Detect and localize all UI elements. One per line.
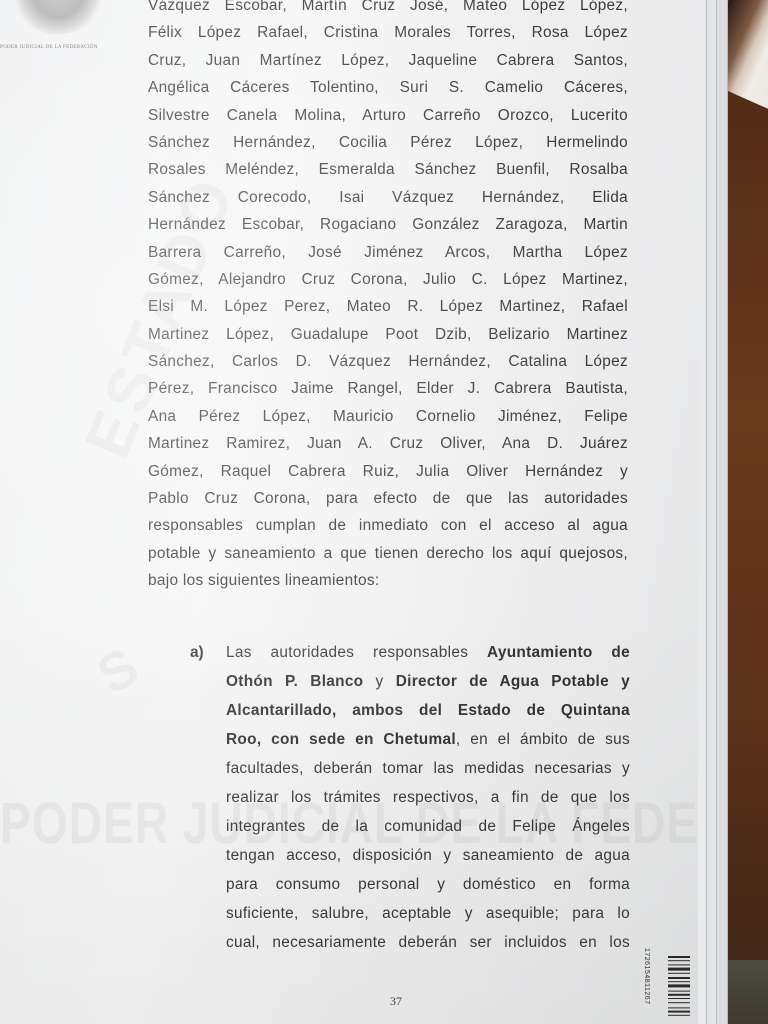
barcode-digits: 1726154811267 [643,948,650,1005]
text-line: Sánchez Corecodo, Isai Vázquez Hernández… [148,184,628,211]
booklet-text: nuno en la d [738,0,768,1]
bold-text: Alcantarillado, ambos del Estado de Quin… [226,702,630,719]
text-run: tengan acceso, disposición y saneamiento… [226,847,630,864]
barcode-icon [664,950,694,1024]
text-line: Roo, con sede en Chetumal, en el ámbito … [226,725,630,754]
bold-text: Roo, con sede en Chetumal [226,731,456,748]
page-number: 37 [390,994,402,1009]
bold-text: Othón P. Blanco [226,673,363,690]
seal-caption: PODER JUDICIAL DE LA FEDERACIÓN [0,45,120,50]
text-line: Félix López Rafael, Cristina Morales Tor… [148,19,628,46]
text-run: suficiente, salubre, aceptable y asequib… [226,905,630,922]
text-line: Othón P. Blanco y Director de Agua Potab… [226,667,630,696]
text-run: y [363,673,395,690]
text-line: Gómez, Alejandro Cruz Corona, Julio C. L… [148,266,628,293]
document-page: PODER JUDICIAL DE LA FEDERACIÓN ESTADO S… [0,0,698,1024]
watermark-s: S [87,635,149,707]
coat-of-arms-seal-icon [12,0,104,34]
text-line: bajo los siguientes lineamientos: [148,567,628,594]
text-line: cual, necesariamente deberán ser incluid… [226,928,630,957]
text-line: Ana Pérez López, Mauricio Cornelio Jimén… [148,403,628,430]
text-line: integrantes de la comunidad de Felipe Án… [226,812,630,841]
text-line: Hernández Escobar, Rogaciano González Za… [148,211,628,238]
text-line: responsables cumplan de inmediato con el… [148,512,628,539]
text-line: tengan acceso, disposición y saneamiento… [226,841,630,870]
text-line: Rosales Meléndez, Esmeralda Sánchez Buen… [148,156,628,183]
text-line: Cruz, Juan Martínez López, Jaqueline Cab… [148,47,628,74]
text-line: Martinez Ramirez, Juan A. Cruz Oliver, A… [148,430,628,457]
text-line: Gómez, Raquel Cabrera Ruiz, Julia Oliver… [148,458,628,485]
text-line: Sánchez Hernández, Cocilia Pérez López, … [148,129,628,156]
bold-text: Director de Agua Potable y [396,673,630,690]
text-run: realizar los trámites respectivos, a fin… [226,789,630,806]
text-run: integrantes de la comunidad de Felipe Án… [226,818,630,835]
bold-text: Ayuntamiento de [487,644,630,661]
text-line: Pérez, Francisco Jaime Rangel, Elder J. … [148,375,628,402]
text-line: Pablo Cruz Corona, para efecto de que la… [148,485,628,512]
text-run: para consumo personal y doméstico en for… [226,876,630,893]
list-item-text: Las autoridades responsables Ayuntamient… [226,638,630,957]
text-line: Angélica Cáceres Tolentino, Suri S. Came… [148,74,628,101]
text-line: Silvestre Canela Molina, Arturo Carreño … [148,102,628,129]
text-line: facultades, deberán tomar las medidas ne… [226,754,630,783]
text-run: facultades, deberán tomar las medidas ne… [226,760,630,777]
text-line: suficiente, salubre, aceptable y asequib… [226,899,630,928]
text-line: Elsi M. López Perez, Mateo R. López Mart… [148,293,628,320]
text-line: Barrera Carreño, José Jiménez Arcos, Mar… [148,239,628,266]
text-line: Las autoridades responsables Ayuntamient… [226,638,630,667]
text-line: Martinez López, Guadalupe Poot Dzib, Bel… [148,321,628,348]
text-line: para consumo personal y doméstico en for… [226,870,630,899]
text-line: Sánchez, Carlos D. Vázquez Hernández, Ca… [148,348,628,375]
text-line: potable y saneamiento a que tienen derec… [148,540,628,567]
text-run: , en el ámbito de sus [456,731,630,748]
list-marker: a) [190,638,204,667]
text-run: Las autoridades responsables [226,644,487,661]
text-run: cual, necesariamente deberán ser incluid… [226,934,630,951]
text-line: realizar los trámites respectivos, a fin… [226,783,630,812]
body-paragraph: Vázquez Escobar, Martín Cruz José, Mateo… [148,0,628,595]
text-line: Vázquez Escobar, Martín Cruz José, Mateo… [148,0,628,19]
text-line: Alcantarillado, ambos del Estado de Quin… [226,696,630,725]
